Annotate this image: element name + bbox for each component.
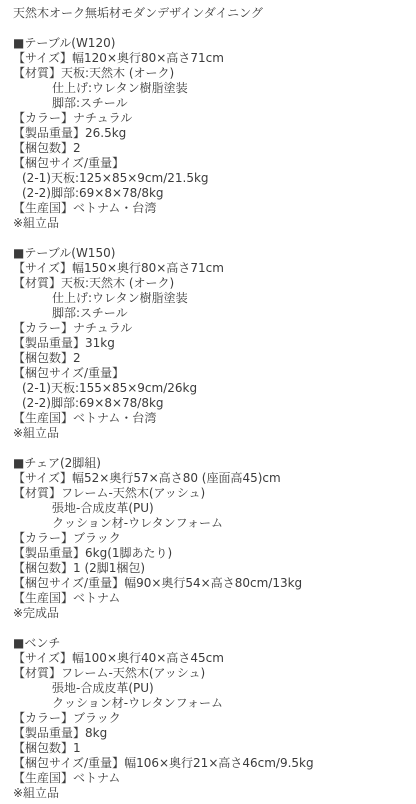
country-line: 【生産国】ベトナム: [13, 771, 410, 786]
section-heading: ■テーブル(W150): [13, 246, 410, 261]
package-size-line: 【梱包サイズ/重量】幅90×奥行54×高さ80cm/13kg: [13, 576, 410, 591]
size-line: 【サイズ】幅100×奥行40×高さ45cm: [13, 651, 410, 666]
package-count-line: 【梱包数】1: [13, 741, 410, 756]
product-weight-line: 【製品重量】8kg: [13, 726, 410, 741]
package-size-label-line: 【梱包サイズ/重量】: [13, 366, 410, 381]
section-heading: ■チェア(2脚組): [13, 456, 410, 471]
product-weight-line: 【製品重量】6kg(1脚あたり): [13, 546, 410, 561]
material-top-line: 【材質】天板:天然木 (オーク): [13, 276, 410, 291]
package-count-line: 【梱包数】2: [13, 351, 410, 366]
material-upholstery-line: 張地-合成皮革(PU): [13, 501, 410, 516]
material-top-line: 【材質】天板:天然木 (オーク): [13, 66, 410, 81]
assembly-note-line: ※組立品: [13, 786, 410, 801]
package-count-line: 【梱包数】1 (2脚1梱包): [13, 561, 410, 576]
material-legs-line: 脚部:スチール: [13, 306, 410, 321]
color-line: 【カラー】ナチュラル: [13, 321, 410, 336]
material-frame-line: 【材質】フレーム-天然木(アッシュ): [13, 666, 410, 681]
package-count-line: 【梱包数】2: [13, 141, 410, 156]
page-title: 天然木オーク無垢材モダンデザインダイニング: [13, 6, 410, 21]
color-line: 【カラー】ブラック: [13, 531, 410, 546]
package-item-line: (2-1)天板:155×85×9cm/26kg: [13, 381, 410, 396]
section-heading: ■テーブル(W120): [13, 36, 410, 51]
package-size-label-line: 【梱包サイズ/重量】: [13, 156, 410, 171]
color-line: 【カラー】ブラック: [13, 711, 410, 726]
package-item-line: (2-2)脚部:69×8×78/8kg: [13, 396, 410, 411]
spec-sections: ■テーブル(W120) 【サイズ】幅120×奥行80×高さ71cm【材質】天板:…: [13, 36, 410, 801]
product-weight-line: 【製品重量】26.5kg: [13, 126, 410, 141]
package-item-line: (2-2)脚部:69×8×78/8kg: [13, 186, 410, 201]
size-line: 【サイズ】幅120×奥行80×高さ71cm: [13, 51, 410, 66]
spec-section: ■テーブル(W120) 【サイズ】幅120×奥行80×高さ71cm【材質】天板:…: [13, 36, 410, 231]
spec-section: ■テーブル(W150) 【サイズ】幅150×奥行80×高さ71cm【材質】天板:…: [13, 246, 410, 441]
country-line: 【生産国】ベトナム・台湾: [13, 411, 410, 426]
assembly-note-line: ※組立品: [13, 216, 410, 231]
material-cushion-line: クッション材-ウレタンフォーム: [13, 696, 410, 711]
material-upholstery-line: 張地-合成皮革(PU): [13, 681, 410, 696]
material-finish-line: 仕上げ:ウレタン樹脂塗装: [13, 81, 410, 96]
material-legs-line: 脚部:スチール: [13, 96, 410, 111]
size-line: 【サイズ】幅52×奥行57×高さ80 (座面高45)cm: [13, 471, 410, 486]
material-frame-line: 【材質】フレーム-天然木(アッシュ): [13, 486, 410, 501]
material-cushion-line: クッション材-ウレタンフォーム: [13, 516, 410, 531]
size-line: 【サイズ】幅150×奥行80×高さ71cm: [13, 261, 410, 276]
product-spec-document: 天然木オーク無垢材モダンデザインダイニング ■テーブル(W120) 【サイズ】幅…: [0, 0, 416, 801]
country-line: 【生産国】ベトナム: [13, 591, 410, 606]
color-line: 【カラー】ナチュラル: [13, 111, 410, 126]
package-size-line: 【梱包サイズ/重量】幅106×奥行21×高さ46cm/9.5kg: [13, 756, 410, 771]
section-heading: ■ベンチ: [13, 636, 410, 651]
country-line: 【生産国】ベトナム・台湾: [13, 201, 410, 216]
product-weight-line: 【製品重量】31kg: [13, 336, 410, 351]
package-item-line: (2-1)天板:125×85×9cm/21.5kg: [13, 171, 410, 186]
material-finish-line: 仕上げ:ウレタン樹脂塗装: [13, 291, 410, 306]
assembly-note-line: ※組立品: [13, 426, 410, 441]
spec-section: ■チェア(2脚組) 【サイズ】幅52×奥行57×高さ80 (座面高45)cm【材…: [13, 456, 410, 621]
assembly-note-line: ※完成品: [13, 606, 410, 621]
spec-section: ■ベンチ 【サイズ】幅100×奥行40×高さ45cm【材質】フレーム-天然木(ア…: [13, 636, 410, 801]
